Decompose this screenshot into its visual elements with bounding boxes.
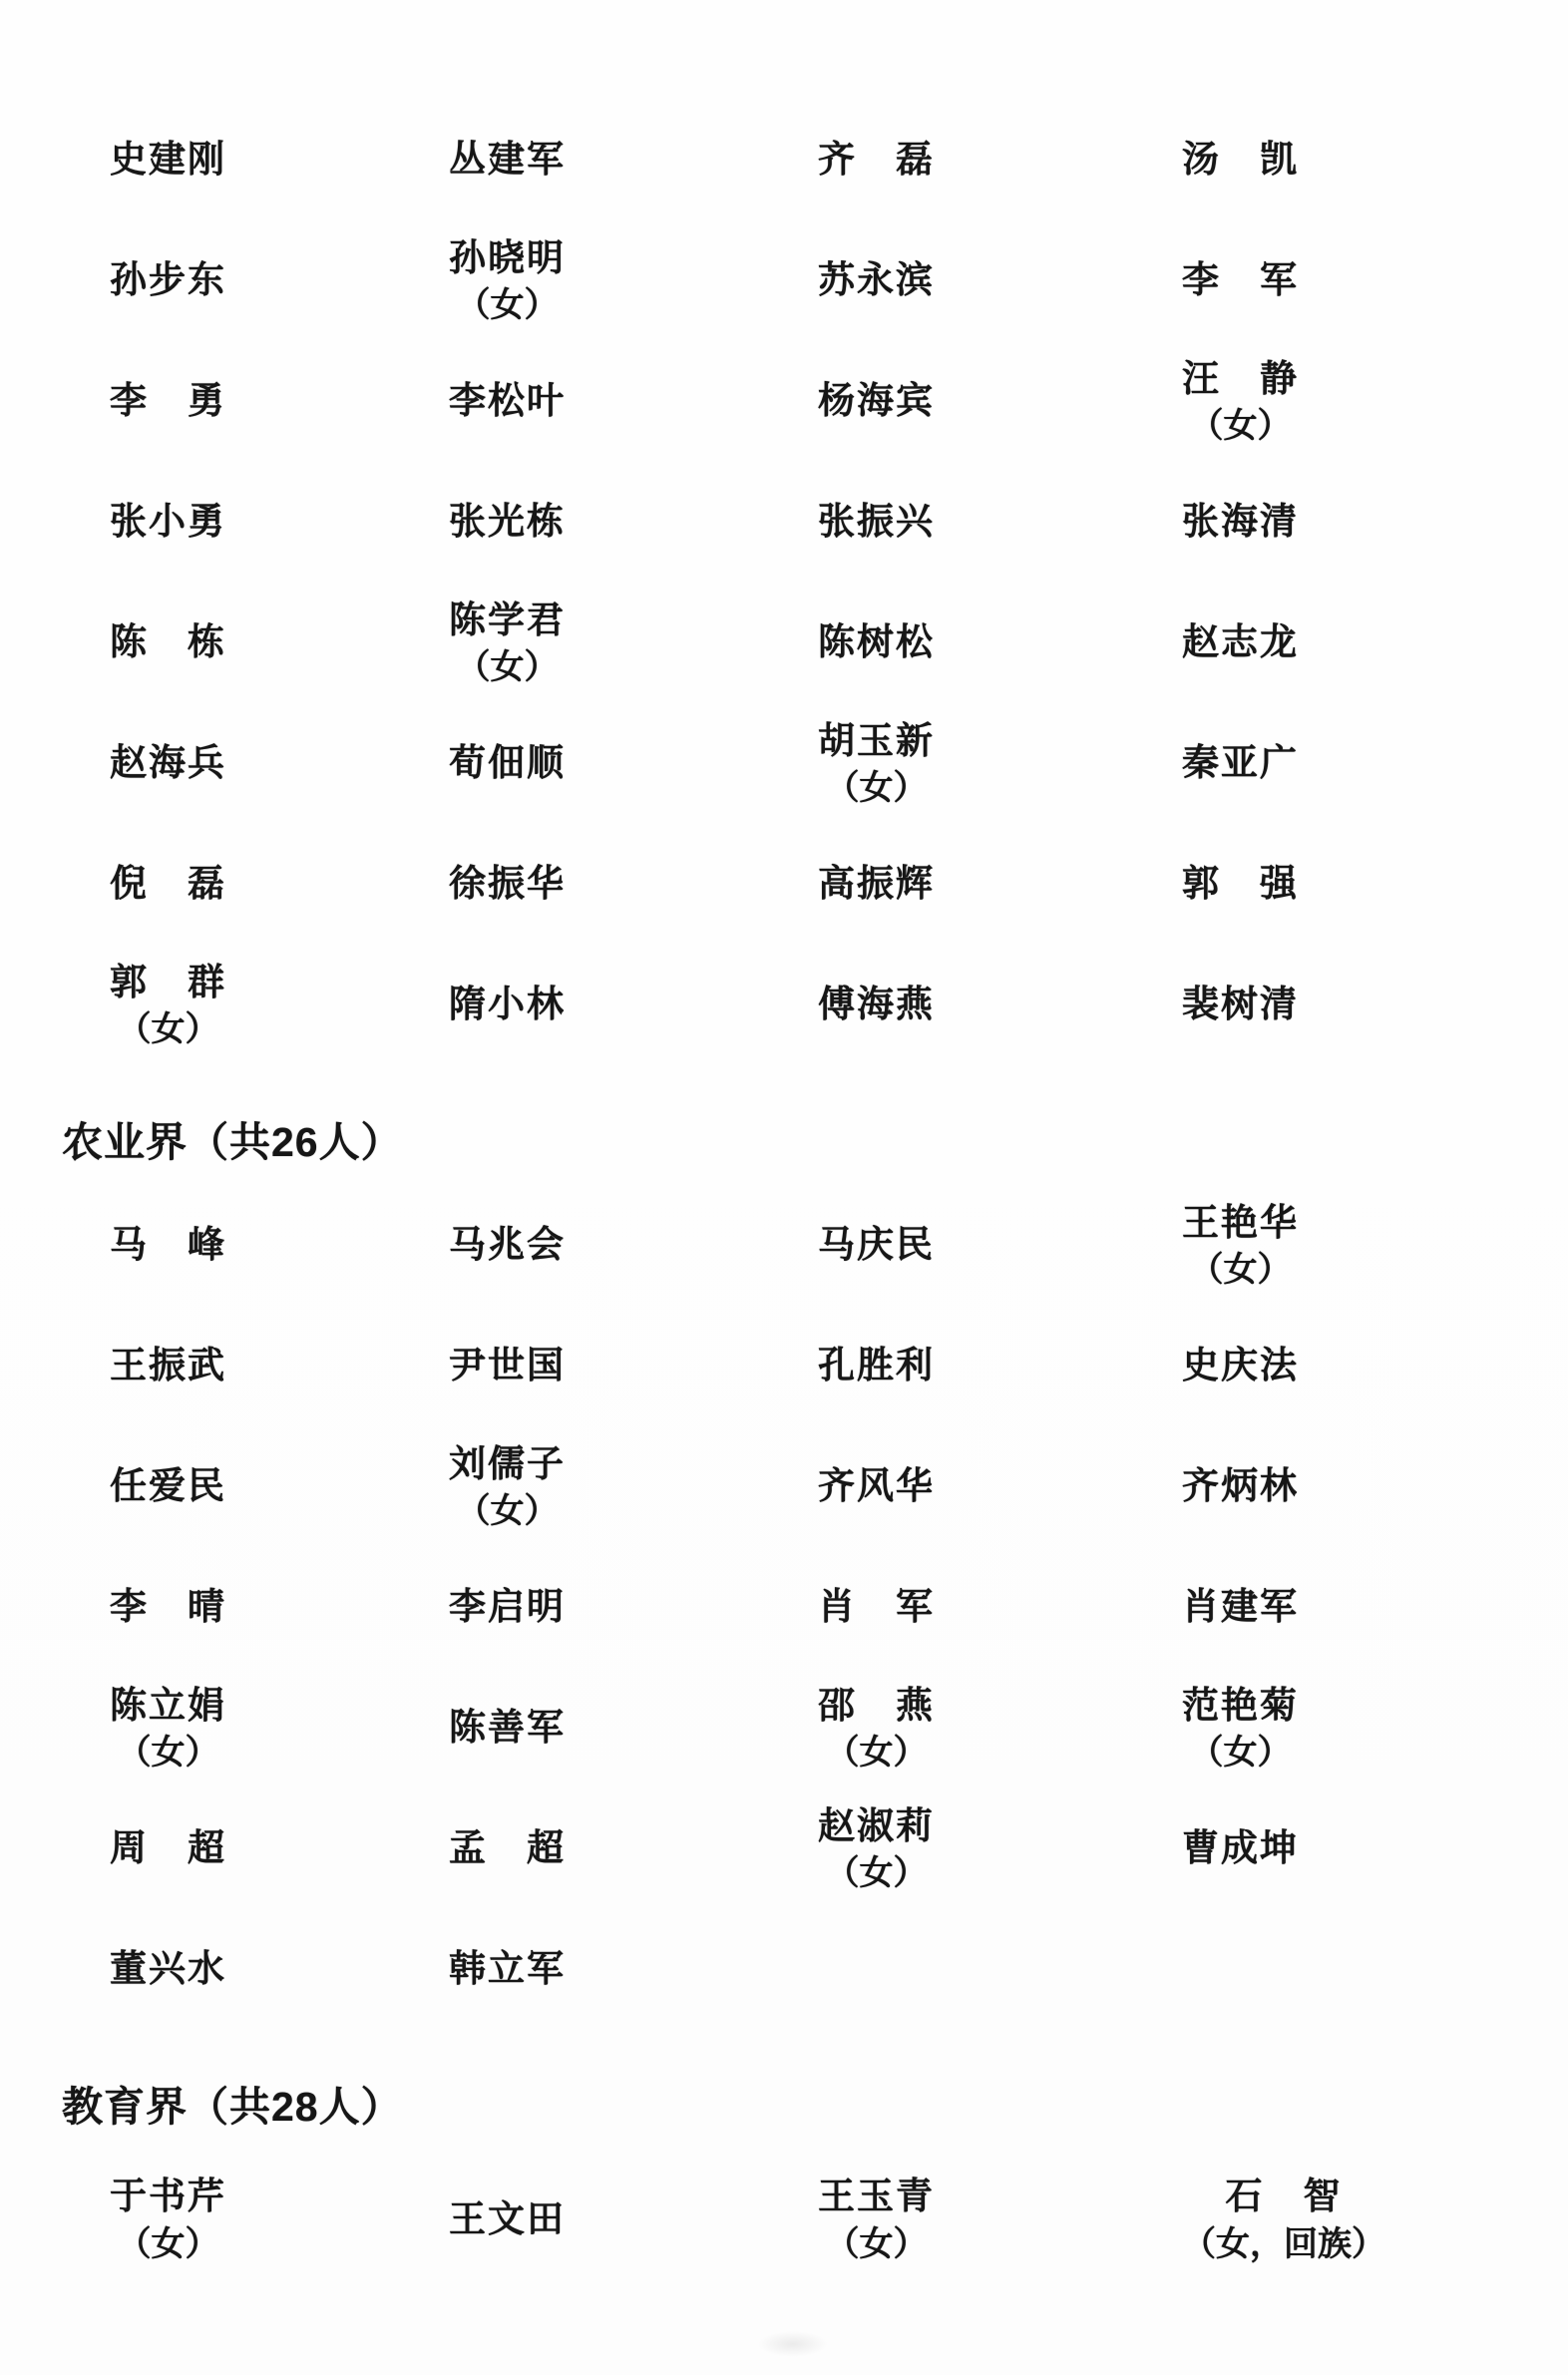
person-name: 张海清 — [1182, 501, 1299, 544]
person-cell: 肖建军 — [1182, 1586, 1481, 1629]
person-cell: 王艳华（女） — [1182, 1202, 1481, 1290]
person: 王艳华（女） — [1182, 1202, 1299, 1290]
person-name: 陈学君 — [449, 599, 566, 642]
person-name: 李 勇 — [110, 380, 226, 423]
person: 苏永滨 — [818, 259, 935, 302]
person-cell: 秦亚广 — [1182, 742, 1481, 785]
person-name: 傅海燕 — [818, 984, 935, 1026]
person-cell: 齐风华 — [818, 1465, 1182, 1508]
person: 齐风华 — [818, 1465, 935, 1508]
person-cell: 李启明 — [449, 1586, 818, 1629]
person-name: 陈善军 — [449, 1707, 566, 1750]
person: 郭 群（女） — [110, 962, 226, 1049]
gender-note: （女） — [818, 1735, 935, 1772]
person: 于书芹（女） — [110, 2176, 226, 2263]
person-name: 马庆民 — [818, 1224, 935, 1267]
person-cell: 刘儒子（女） — [449, 1443, 818, 1531]
person-cell: 李 勇 — [110, 380, 449, 423]
person-name: 荀佃顺 — [449, 742, 566, 785]
person-name: 郭 群 — [110, 962, 226, 1004]
gender-note: （女，回族） — [1182, 2226, 1385, 2263]
person: 赵海兵 — [110, 742, 226, 785]
person-cell: 孟 超 — [449, 1827, 818, 1870]
person-cell: 张海清 — [1182, 501, 1481, 544]
person-name: 肖 军 — [818, 1586, 935, 1629]
roster-row: 马 峰马兆会马庆民王艳华（女） — [110, 1185, 1508, 1306]
person: 陈 栋 — [110, 621, 226, 664]
person-cell: 齐 磊 — [818, 139, 1182, 182]
person-name: 胡玉新 — [818, 720, 935, 763]
person-name: 肖建军 — [1182, 1586, 1299, 1629]
person-cell: 于书芹（女） — [110, 2176, 449, 2263]
person-name: 曹成坤 — [1182, 1827, 1299, 1870]
person-cell: 郭 群（女） — [110, 962, 449, 1049]
person-cell: 胡玉新（女） — [818, 720, 1182, 808]
person: 陈树松 — [818, 621, 935, 664]
person-cell: 韩立军 — [449, 1948, 818, 1991]
person-cell: 杨海宾 — [818, 380, 1182, 423]
person-cell: 傅海燕 — [818, 984, 1182, 1026]
person-name: 史庆法 — [1182, 1345, 1299, 1387]
person-cell: 赵海兵 — [110, 742, 449, 785]
roster-section: 农业界（共26人）马 峰马兆会马庆民王艳华（女）王振武尹世国孔胜利史庆法任爱民刘… — [110, 1093, 1508, 2030]
person-name: 赵志龙 — [1182, 621, 1299, 664]
person: 任爱民 — [110, 1465, 226, 1508]
person-cell: 汤 凯 — [1182, 139, 1481, 182]
roster-row: 陈 栋陈学君（女）陈树松赵志龙 — [110, 583, 1508, 703]
person: 肖建军 — [1182, 1586, 1299, 1629]
gender-note: （女） — [818, 770, 935, 807]
person-name: 裴树清 — [1182, 984, 1299, 1026]
person-cell: 李 晴 — [110, 1586, 449, 1629]
person-name: 徐振华 — [449, 863, 566, 906]
roster-section: 教育界（共28人）于书芹（女）王文田王玉青（女）石 智（女，回族） — [110, 2058, 1508, 2289]
person-name: 汪 静 — [1182, 358, 1299, 401]
person-name: 齐风华 — [818, 1465, 935, 1508]
person-cell: 石 智（女，回族） — [1182, 2176, 1481, 2263]
person-name: 赵海兵 — [110, 742, 226, 785]
person: 汤 凯 — [1182, 139, 1299, 182]
person: 陈学君（女） — [449, 599, 566, 687]
gender-note: （女） — [449, 287, 566, 324]
person: 李松叶 — [449, 380, 566, 423]
person-cell: 赵志龙 — [1182, 621, 1481, 664]
person-cell: 肖 军 — [818, 1586, 1182, 1629]
person-cell: 荀佃顺 — [449, 742, 818, 785]
person: 李 军 — [1182, 259, 1299, 302]
gender-note: （女） — [1182, 1735, 1299, 1772]
person-cell: 赵淑莉（女） — [818, 1805, 1182, 1893]
section-header: 农业界（共26人） — [62, 1093, 1508, 1183]
person-name: 隋小林 — [449, 984, 566, 1026]
person-name: 史建刚 — [110, 139, 226, 182]
person: 王振武 — [110, 1345, 226, 1387]
person-cell: 倪 磊 — [110, 863, 449, 906]
section-header: 教育界（共28人） — [62, 2058, 1508, 2148]
person-name: 高振辉 — [818, 863, 935, 906]
roster-row: 李 晴李启明肖 军肖建军 — [110, 1547, 1508, 1668]
person-name: 张小勇 — [110, 501, 226, 544]
person: 隋小林 — [449, 984, 566, 1026]
person: 董兴水 — [110, 1948, 226, 1991]
person-cell: 张光栋 — [449, 501, 818, 544]
roster-row: 孙步东孙晓明（女）苏永滨李 军 — [110, 220, 1508, 341]
person: 赵淑莉（女） — [818, 1805, 935, 1893]
person: 马兆会 — [449, 1224, 566, 1267]
person-name: 齐 磊 — [818, 139, 935, 182]
person-name: 杨海宾 — [818, 380, 935, 423]
person-name: 邵 燕 — [818, 1685, 935, 1728]
person-cell: 高振辉 — [818, 863, 1182, 906]
person-name: 张光栋 — [449, 501, 566, 544]
person: 胡玉新（女） — [818, 720, 935, 808]
person: 周 超 — [110, 1827, 226, 1870]
gender-note: （女） — [449, 1493, 566, 1530]
person-cell: 邵 燕（女） — [818, 1685, 1182, 1773]
person: 范艳菊（女） — [1182, 1685, 1299, 1773]
person: 李 勇 — [110, 380, 226, 423]
person: 张光栋 — [449, 501, 566, 544]
person-cell: 史庆法 — [1182, 1345, 1481, 1387]
person-cell: 陈树松 — [818, 621, 1182, 664]
person-name: 丛建军 — [449, 139, 566, 182]
person: 李 晴 — [110, 1586, 226, 1629]
person-name: 刘儒子 — [449, 1443, 566, 1486]
roster-row: 倪 磊徐振华高振辉郭 强 — [110, 824, 1508, 945]
person-cell: 孔胜利 — [818, 1345, 1182, 1387]
person: 孔胜利 — [818, 1345, 935, 1387]
gender-note: （女） — [110, 1735, 226, 1772]
gender-note: （女） — [818, 2226, 935, 2263]
person: 孙晓明（女） — [449, 237, 566, 325]
person-cell: 陈善军 — [449, 1707, 818, 1750]
roster-row: 陈立娟（女）陈善军邵 燕（女）范艳菊（女） — [110, 1668, 1508, 1788]
person: 李启明 — [449, 1586, 566, 1629]
person: 陈立娟（女） — [110, 1685, 226, 1773]
person: 史建刚 — [110, 139, 226, 182]
person: 张振兴 — [818, 501, 935, 544]
person-name: 郭 强 — [1182, 863, 1299, 906]
person-name: 于书芹 — [110, 2176, 226, 2218]
person-name: 王文田 — [449, 2198, 566, 2241]
person-name: 王艳华 — [1182, 1202, 1299, 1245]
person-cell: 史建刚 — [110, 139, 449, 182]
person-cell: 曹成坤 — [1182, 1827, 1481, 1870]
person-cell: 裴树清 — [1182, 984, 1481, 1026]
person: 徐振华 — [449, 863, 566, 906]
person-name: 马兆会 — [449, 1224, 566, 1267]
person-name: 陈树松 — [818, 621, 935, 664]
person: 荀佃顺 — [449, 742, 566, 785]
person-cell: 马庆民 — [818, 1224, 1182, 1267]
roster-row: 于书芹（女）王文田王玉青（女）石 智（女，回族） — [110, 2150, 1508, 2289]
person: 王玉青（女） — [818, 2176, 935, 2263]
person-cell: 李松叶 — [449, 380, 818, 423]
person-cell: 尹世国 — [449, 1345, 818, 1387]
person-cell: 张振兴 — [818, 501, 1182, 544]
person-name: 李 晴 — [110, 1586, 226, 1629]
person-name: 韩立军 — [449, 1948, 566, 1991]
roster-row: 任爱民刘儒子（女）齐风华齐炳林 — [110, 1426, 1508, 1547]
gender-note: （女） — [449, 649, 566, 686]
person: 汪 静（女） — [1182, 358, 1299, 446]
person-name: 苏永滨 — [818, 259, 935, 302]
scan-artifact — [758, 2331, 828, 2357]
roster-body: 史建刚丛建军齐 磊汤 凯孙步东孙晓明（女）苏永滨李 军李 勇李松叶杨海宾汪 静（… — [110, 100, 1508, 2289]
person: 郭 强 — [1182, 863, 1299, 906]
person: 马 峰 — [110, 1224, 226, 1267]
person-cell: 范艳菊（女） — [1182, 1685, 1481, 1773]
person: 秦亚广 — [1182, 742, 1299, 785]
person: 高振辉 — [818, 863, 935, 906]
person-cell: 齐炳林 — [1182, 1465, 1481, 1508]
person-cell: 董兴水 — [110, 1948, 449, 1991]
person-name: 孙晓明 — [449, 237, 566, 280]
person-cell: 马兆会 — [449, 1224, 818, 1267]
person: 韩立军 — [449, 1948, 566, 1991]
roster-row: 郭 群（女）隋小林傅海燕裴树清 — [110, 945, 1508, 1065]
person-name: 孟 超 — [449, 1827, 566, 1870]
roster-section: 史建刚丛建军齐 磊汤 凯孙步东孙晓明（女）苏永滨李 军李 勇李松叶杨海宾汪 静（… — [110, 100, 1508, 1065]
roster-row: 张小勇张光栋张振兴张海清 — [110, 462, 1508, 583]
person-cell: 王文田 — [449, 2198, 818, 2241]
person-cell: 李 军 — [1182, 259, 1481, 302]
roster-row: 董兴水韩立军 — [110, 1909, 1508, 2030]
gender-note: （女） — [110, 2226, 226, 2263]
person: 齐炳林 — [1182, 1465, 1299, 1508]
person-name: 尹世国 — [449, 1345, 566, 1387]
gender-note: （女） — [818, 1855, 935, 1892]
roster-row: 赵海兵荀佃顺胡玉新（女）秦亚广 — [110, 703, 1508, 824]
person-name: 陈立娟 — [110, 1685, 226, 1728]
gender-note: （女） — [1182, 1252, 1299, 1289]
person: 赵志龙 — [1182, 621, 1299, 664]
person: 傅海燕 — [818, 984, 935, 1026]
person-name: 孔胜利 — [818, 1345, 935, 1387]
person-cell: 马 峰 — [110, 1224, 449, 1267]
person-cell: 王振武 — [110, 1345, 449, 1387]
person-name: 李 军 — [1182, 259, 1299, 302]
person: 曹成坤 — [1182, 1827, 1299, 1870]
person-name: 秦亚广 — [1182, 742, 1299, 785]
person-cell: 隋小林 — [449, 984, 818, 1026]
person-cell: 郭 强 — [1182, 863, 1481, 906]
person-cell: 汪 静（女） — [1182, 358, 1481, 446]
person-cell: 丛建军 — [449, 139, 818, 182]
person-cell: 陈 栋 — [110, 621, 449, 664]
person-name: 范艳菊 — [1182, 1685, 1299, 1728]
person-cell: 陈立娟（女） — [110, 1685, 449, 1773]
gender-note: （女） — [1182, 408, 1299, 445]
person-name: 张振兴 — [818, 501, 935, 544]
person-name: 汤 凯 — [1182, 139, 1299, 182]
person-name: 石 智 — [1182, 2176, 1385, 2218]
person-name: 赵淑莉 — [818, 1805, 935, 1848]
document-page: 史建刚丛建军齐 磊汤 凯孙步东孙晓明（女）苏永滨李 军李 勇李松叶杨海宾汪 静（… — [0, 0, 1568, 2375]
person: 丛建军 — [449, 139, 566, 182]
person: 张海清 — [1182, 501, 1299, 544]
person-name: 王玉青 — [818, 2176, 935, 2218]
person: 马庆民 — [818, 1224, 935, 1267]
person: 陈善军 — [449, 1707, 566, 1750]
person: 杨海宾 — [818, 380, 935, 423]
person: 石 智（女，回族） — [1182, 2176, 1385, 2263]
person-name: 李松叶 — [449, 380, 566, 423]
person-name: 陈 栋 — [110, 621, 226, 664]
person: 孟 超 — [449, 1827, 566, 1870]
person: 肖 军 — [818, 1586, 935, 1629]
person-cell: 陈学君（女） — [449, 599, 818, 687]
person-name: 孙步东 — [110, 259, 226, 302]
person-name: 齐炳林 — [1182, 1465, 1299, 1508]
person: 王文田 — [449, 2198, 566, 2241]
person: 孙步东 — [110, 259, 226, 302]
person: 张小勇 — [110, 501, 226, 544]
person-name: 董兴水 — [110, 1948, 226, 1991]
person-cell: 徐振华 — [449, 863, 818, 906]
person-cell: 张小勇 — [110, 501, 449, 544]
person-name: 马 峰 — [110, 1224, 226, 1267]
person-cell: 苏永滨 — [818, 259, 1182, 302]
person: 齐 磊 — [818, 139, 935, 182]
person: 邵 燕（女） — [818, 1685, 935, 1773]
person: 倪 磊 — [110, 863, 226, 906]
person-name: 倪 磊 — [110, 863, 226, 906]
roster-row: 周 超孟 超赵淑莉（女）曹成坤 — [110, 1788, 1508, 1909]
person-name: 任爱民 — [110, 1465, 226, 1508]
person: 裴树清 — [1182, 984, 1299, 1026]
roster-row: 王振武尹世国孔胜利史庆法 — [110, 1306, 1508, 1426]
roster-row: 李 勇李松叶杨海宾汪 静（女） — [110, 341, 1508, 462]
person-cell: 周 超 — [110, 1827, 449, 1870]
person-name: 李启明 — [449, 1586, 566, 1629]
person: 史庆法 — [1182, 1345, 1299, 1387]
person: 刘儒子（女） — [449, 1443, 566, 1531]
gender-note: （女） — [110, 1011, 226, 1048]
person-name: 周 超 — [110, 1827, 226, 1870]
person: 尹世国 — [449, 1345, 566, 1387]
person-cell: 孙晓明（女） — [449, 237, 818, 325]
person-cell: 孙步东 — [110, 259, 449, 302]
person-cell: 王玉青（女） — [818, 2176, 1182, 2263]
person-name: 王振武 — [110, 1345, 226, 1387]
roster-row: 史建刚丛建军齐 磊汤 凯 — [110, 100, 1508, 220]
person-cell: 任爱民 — [110, 1465, 449, 1508]
